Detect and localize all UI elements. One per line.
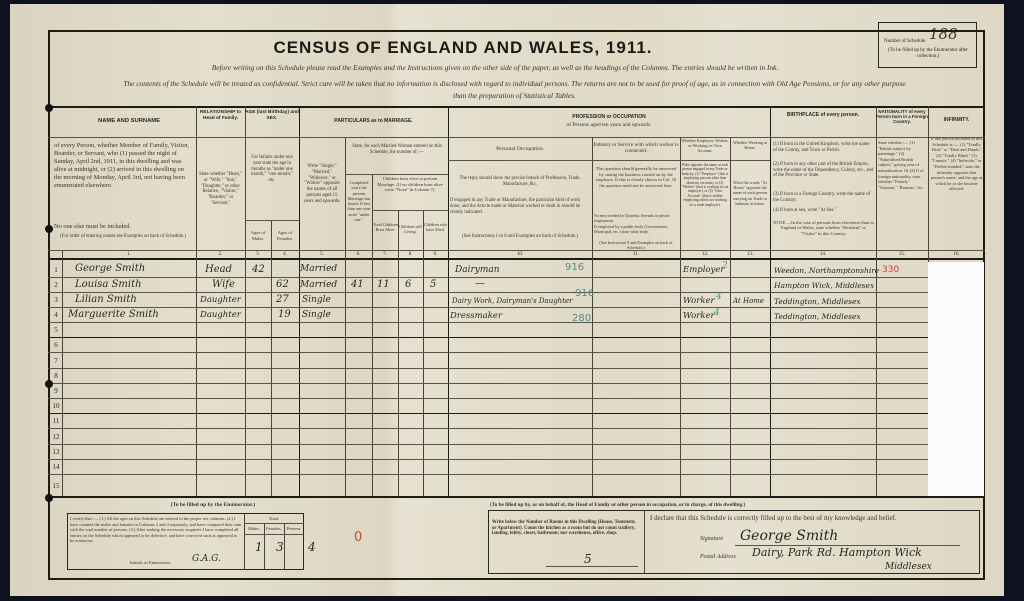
- col-industry-desc-2: No entry needed for Domestic Servants in…: [594, 214, 678, 223]
- postal-address-line-1: Dairy, Park Rd. Hampton Wick: [752, 546, 922, 559]
- signature: George Smith: [740, 528, 838, 544]
- col-industry-desc-4: (See Instruction 9 and Examples on back …: [594, 240, 678, 250]
- person-age-female: 27: [276, 294, 289, 305]
- enumerator-section-heading: (To be filled up by the Enumerator.): [48, 502, 378, 509]
- row-number: 15: [50, 482, 62, 490]
- col-num-11: 11.: [592, 252, 680, 257]
- females-label: Females.: [264, 526, 284, 533]
- col-children-died-label: Children who have Died.: [423, 222, 448, 233]
- instruction-line-2a: The contents of the Schedule will be tre…: [52, 79, 977, 88]
- person-works-at-home: At Home: [733, 297, 764, 305]
- col-employer-label: Whether Employer, Worker, or Working on …: [681, 138, 729, 153]
- col-num-16: 16.: [928, 252, 985, 257]
- row-number: 4: [50, 311, 62, 319]
- col-age-females-label: Ages of Females.: [271, 230, 299, 241]
- person-occupation: —: [475, 278, 485, 289]
- person-relationship: Wife: [212, 279, 235, 290]
- total-females: 3: [276, 540, 284, 554]
- instruction-line-2b: than the preparation of Statistical Tabl…: [52, 91, 977, 100]
- person-marital-status: Single: [302, 310, 331, 320]
- persons-label: Persons.: [284, 526, 304, 533]
- col-profession-subheader: of Persons aged ten years and upwards.: [448, 122, 770, 128]
- col-num-12: 12.: [680, 252, 730, 257]
- enumerator-certify-text: I certify that :— (1.) All the ages on t…: [70, 516, 242, 544]
- row-number: 10: [50, 402, 62, 410]
- page-title: CENSUS OF ENGLAND AND WALES, 1911.: [48, 38, 878, 58]
- col-children-living-label: Children still Living.: [398, 224, 423, 235]
- col-personal-desc-2: If engaged in any Trade or Manufacture, …: [450, 198, 590, 215]
- declaration-text: I declare that this Schedule is correctl…: [650, 514, 897, 522]
- row-number: 8: [50, 372, 62, 380]
- red-check-mark: 0: [354, 530, 362, 545]
- children-died: 5: [430, 279, 436, 290]
- col-personal-desc-1: The reply should show the precise branch…: [450, 176, 590, 188]
- postal-address-label: Postal Address: [700, 554, 736, 560]
- col-num-13: 13.: [730, 252, 770, 257]
- males-label: Males.: [244, 526, 264, 533]
- person-age-female: 19: [278, 309, 291, 320]
- col-personal-desc-3: (See Instructions 1 to 8 and Examples on…: [450, 234, 590, 240]
- binding-hole: [45, 380, 53, 388]
- binding-hole: [45, 225, 53, 233]
- person-age-female: 62: [276, 279, 289, 290]
- col-birthplace-desc-3: (3) If born in a Foreign Country, write …: [773, 192, 874, 203]
- col-birthplace-desc-2: (2) If born in any other part of the Bri…: [773, 162, 874, 179]
- marriage-years: 41: [351, 279, 364, 290]
- person-employment-status: Worker: [683, 296, 715, 306]
- person-marital-status: Married: [300, 280, 337, 290]
- col-name-note1: No one else must be included.: [54, 224, 192, 230]
- col-marriage-years-desc: Completed years the present Marriage has…: [346, 180, 372, 222]
- col-num-10: 10.: [448, 252, 592, 257]
- col-age-males-label: Ages of Males.: [245, 230, 271, 241]
- person-relationship: Head: [205, 264, 232, 275]
- col-home-desc: Write the words "At Home" opposite the n…: [731, 180, 769, 206]
- enumerator-initials: G.A.G.: [192, 554, 221, 564]
- col-name-note2: (For order of entering names see Example…: [54, 234, 192, 240]
- col-relationship-header: RELATIONSHIP to Head of Family.: [196, 110, 245, 121]
- col-industry-desc-3: If employed by a public body (Government…: [594, 224, 678, 234]
- postal-address-line-2: Middlesex: [885, 562, 932, 572]
- row-number: 9: [50, 387, 62, 395]
- person-birthplace: Teddington, Middlesex: [774, 297, 861, 306]
- col-num-9: 9.: [423, 252, 448, 257]
- col-personal-occupation-label: Personal Occupation.: [448, 146, 592, 152]
- col-marriage-write-desc: Write "Single," "Married," "Widower," or…: [301, 164, 343, 205]
- person-name: Marguerite Smith: [68, 309, 159, 320]
- col-num-3: 3.: [245, 252, 271, 257]
- col-profession-header: PROFESSION or OCCUPATION: [448, 114, 770, 121]
- col-num-6: 6.: [345, 252, 372, 257]
- person-occupation: Dairy Work, Dairyman's Daughter: [452, 297, 573, 305]
- enumerator-initials-label: Initials of Enumerator: [130, 560, 171, 567]
- col-birthplace-desc-4: (4) If born at sea, write "At Sea.": [773, 208, 874, 214]
- col-children-total-label: Total Children Born Alive.: [373, 222, 398, 233]
- row-number: 7: [50, 357, 62, 365]
- person-name: George Smith: [75, 263, 145, 274]
- person-age-male: 42: [252, 264, 265, 275]
- col-birthplace-desc-1: (1) If born in the United Kingdom, write…: [773, 142, 874, 153]
- col-num-2: 2.: [196, 252, 245, 257]
- children-total: 11: [377, 279, 390, 290]
- signature-label: Signature: [700, 536, 723, 542]
- person-relationship: Daughter: [200, 295, 241, 305]
- person-occupation: Dressmaker: [450, 311, 502, 321]
- row-number: 12: [50, 433, 62, 441]
- col-nationality-header: NATIONALITY of every Person born in a Fo…: [876, 109, 928, 125]
- row-number: 11: [50, 417, 62, 425]
- total-males: 1: [255, 540, 263, 554]
- row-number: 14: [50, 463, 62, 471]
- col-num-8: 8.: [398, 252, 423, 257]
- occupation-code: 916: [575, 288, 594, 299]
- col-birthplace-header: BIRTHPLACE of every person.: [770, 112, 876, 118]
- rooms-instruction: Write below the Number of Rooms in this …: [492, 520, 640, 537]
- row-number: 3: [50, 296, 62, 304]
- binding-hole: [45, 494, 53, 502]
- employment-code: 4: [716, 292, 722, 302]
- col-home-label: Whether Working at Home.: [731, 140, 769, 150]
- col-industry-desc-1: This question should generally be answer…: [594, 166, 678, 188]
- occupation-code: 280: [572, 313, 591, 324]
- children-living: 6: [405, 279, 411, 290]
- row-number: 1: [50, 266, 62, 274]
- person-employment-status: Employer: [683, 265, 724, 275]
- person-name: Louisa Smith: [75, 279, 142, 290]
- col-industry-label: Industry or Service with which worker is…: [593, 142, 679, 155]
- col-age-desc: For Infants under one year state the age…: [247, 155, 297, 184]
- person-birthplace: Teddington, Middlesex: [774, 312, 861, 321]
- col-relationship-desc: State whether "Head," or "Wife," "Son," …: [198, 172, 243, 207]
- col-name-header: NAME AND SURNAME: [62, 118, 196, 125]
- col-infirmity-desc: If any person included in this Schedule …: [930, 136, 983, 192]
- person-occupation: Dairyman: [455, 265, 500, 275]
- total-label: Total.: [244, 516, 304, 523]
- instruction-line-1: Before writing on this Schedule please r…: [100, 63, 890, 72]
- col-birthplace-note: NOTE.—In the case of persons born elsewh…: [773, 220, 874, 236]
- col-num-5: 5.: [299, 252, 345, 257]
- redacted-infirmity-column: [928, 262, 984, 496]
- binding-hole: [45, 104, 53, 112]
- col-employer-desc: Write opposite the name of each person e…: [681, 163, 729, 207]
- col-marriage-children-desc: Children born alive to present Marriage.…: [374, 176, 446, 193]
- person-marital-status: Single: [302, 295, 331, 305]
- col-nationality-desc: State whether :— (1) "British subject by…: [878, 140, 926, 190]
- employment-code: 2: [722, 261, 728, 271]
- col-age-header: AGE (last Birthday) and SEX.: [245, 110, 299, 121]
- col-num-1: 1.: [62, 252, 196, 257]
- person-marital-status: Married: [300, 264, 337, 274]
- person-relationship: Daughter: [200, 310, 241, 320]
- col-num-7: 7.: [372, 252, 398, 257]
- col-marriage-state-desc: State, for each Married Woman entered on…: [348, 144, 446, 156]
- person-birthplace: Weedon, Northamptonshire: [774, 266, 879, 275]
- number-of-rooms: 5: [584, 552, 592, 566]
- birthplace-code: 330: [882, 265, 899, 275]
- person-birthplace: Hampton Wick, Middlesex: [774, 281, 874, 290]
- person-employment-status: Worker: [683, 311, 715, 321]
- row-number: 13: [50, 448, 62, 456]
- col-name-desc: of every Person, whether Member of Famil…: [54, 142, 192, 190]
- col-marriage-header: PARTICULARS as to MARRIAGE.: [299, 118, 448, 125]
- col-num-15: 15.: [876, 252, 928, 257]
- col-infirmity-header: INFIRMITY.: [928, 117, 985, 124]
- col-num-14: 14.: [770, 252, 876, 257]
- total-persons: 4: [308, 540, 316, 554]
- head-section-heading: (To be filled up by, or on behalf of, th…: [490, 502, 980, 509]
- person-name: Lilian Smith: [75, 294, 137, 305]
- row-number: 6: [50, 341, 62, 349]
- row-number: 5: [50, 326, 62, 334]
- occupation-code: 916: [565, 262, 584, 273]
- col-num-4: 4.: [271, 252, 299, 257]
- employment-code: 4: [714, 308, 720, 318]
- row-number: 2: [50, 281, 62, 289]
